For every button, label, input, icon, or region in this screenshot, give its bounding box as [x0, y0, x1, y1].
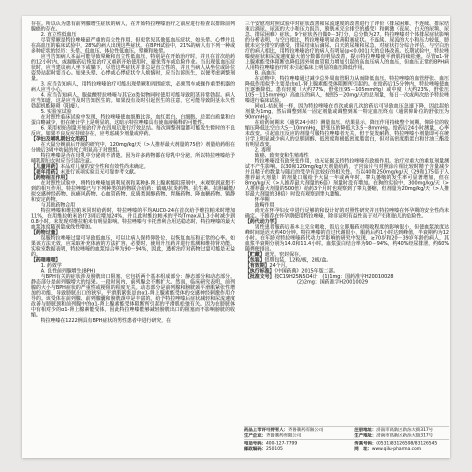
- leaflet-footer-inner: 药品上市许可持有人：齐鲁制药有限公司生产企业：齐鲁制药有限公司 注册地址：济南市…: [244, 426, 449, 453]
- leaflet-left-column: 存在。所以认为患有前列腺增生症状的病人，在开始特拉唑嗪治疗之前应进行检查以排除前…: [31, 21, 235, 460]
- paragraph: 在大鼠分娩前后开展的研究中，120mg/kg/天（>人推荐最大剂量的75倍）剂量…: [31, 142, 235, 153]
- paragraph: 3. 应当告知病人，用特拉唑嗪治疗可能出现晕厥和周围症状，必须驾车或操作重型机器…: [31, 82, 235, 93]
- leaflet-footer: 药品上市许可持有人：齐鲁制药有限公司生产企业：齐鲁制药有限公司 注册地址：济南市…: [244, 426, 449, 456]
- paragraph: 在对照性临床试验中发现，特拉唑嗪使血细胞比容、血红蛋白、白细胞、总蛋白质量和白蛋…: [31, 115, 235, 126]
- footer-field-value: www.qilu-pharma.com: [372, 446, 421, 451]
- footer-field-value: 齐鲁制药有限公司: [266, 433, 301, 438]
- paragraph: 男性患者服药后基本上完全吸收，饭后立即服药对吸收程度的影响很小，但使血浆浓度达峰…: [245, 225, 449, 253]
- paragraph: 特拉唑嗪和维拉帕米同时给药时，特拉唑嗪的平均AUC0-24在首次给予维拉帕米时增…: [31, 208, 235, 230]
- footer-field-value: 济南市高新区新泺大街317号: [376, 433, 433, 438]
- paragraph: 特拉唑嗪是否在母乳中分泌尚不清楚。因为许多药物都在母乳中分泌，所以特拉唑嗪给予哺…: [31, 153, 235, 164]
- footer-phone-block: 电话号码：400-127-7799邮政编码：250105: [244, 441, 346, 452]
- paragraph: 在对照性试验中，将特拉唑嗪加到利尿剂和某种β-肾上腺素能阻滞剂中，未观察到意想不…: [31, 181, 235, 203]
- footer-field: 网 址：www.qilu-pharma.com: [354, 446, 449, 451]
- footer-contact-row: 电话号码：400-127-7799邮政编码：250105 传真号码：(0531)…: [244, 440, 449, 454]
- footer-field-label: 传真号码：: [354, 441, 376, 446]
- instruction-leaflet-page: 存在。所以认为患有前列腺增生症状的病人，在开始特拉唑嗪治疗之前应进行检查以排除前…: [22, 16, 450, 458]
- paragraph: 误服特拉唑嗪过量可导致低血压，可以让病人保持仰卧位，以恢复血压和正常的心率。如果…: [31, 236, 235, 258]
- footer-holder-block: 药品上市许可持有人：齐鲁制药有限公司生产企业：齐鲁制药有限公司: [244, 428, 346, 439]
- paragraph: 在动物中，特拉唑嗪通过减少总外周血管阻力从而降低血压。特拉唑嗪的血管舒张、血压降…: [245, 76, 449, 104]
- footer-fax-web-block: 传真号码：(0531)83126598/83126545网 址：www.qilu…: [354, 441, 449, 452]
- paragraph: 与BPH有关的症状涉及膀胱出口阻塞，它包括两个基本组成部分：静态部分和动态部分。…: [31, 274, 235, 318]
- footer-field-label: 邮政编码：: [244, 446, 266, 451]
- paragraph: 存在。所以认为患有前列腺增生症状的病人，在开始特拉唑嗪治疗之前应进行检查以排除前…: [31, 21, 235, 32]
- paragraph: 特拉唑嗪没有致突变作用，也无证据支持特拉唑嗪有致癌作用。治疗对重大的重复剂量测试…: [245, 159, 449, 198]
- footer-field-value: 齐鲁制药有限公司: [288, 428, 323, 433]
- paragraph: (2)2mg：国药准字H20010029: [245, 280, 449, 286]
- paragraph: 三个安慰剂对照试验中对症状改善和尿流速度的改善进行了评价（排尿困难、不连续、排尿…: [245, 21, 449, 71]
- footer-field: 邮政编码：250105: [244, 446, 346, 451]
- footer-field-value: (0531)83126598/83126545: [376, 441, 437, 446]
- footer-field-value: 250105: [266, 446, 283, 451]
- footer-field-value: 400-127-7799: [266, 441, 297, 446]
- footer-field-label: 生产地址：: [354, 433, 376, 438]
- footer-field-label: 药品上市许可持有人：: [244, 428, 288, 433]
- footer-address-block: 注册地址：济南市高新区新泺大街317号生产地址：济南市高新区新泺大街317号: [354, 428, 449, 439]
- paragraph: 6. 采用初始剂量开始治疗并在四周后进行疗效总结。每次调整剂量都可能发生暂时的不…: [31, 126, 235, 137]
- paragraph: 4. 应当告知病人，服盐酸特拉唑嗪与其它α类似物同时使用可能导致阴茎异常勃起。病…: [31, 93, 235, 110]
- paragraph: 尽管晕厥是特拉唑嗪最严重的直立性作用，但更常见其他低血压症状，如头晕、心悸并且在…: [31, 38, 235, 55]
- paragraph: 同α1-拮抗剂一样，因为特拉唑嗪在首次或前几次给药后可导致血压急速下降，因此起始…: [245, 104, 449, 121]
- footer-field-value: 济南市高新区新泺大街317号: [376, 428, 433, 433]
- footer-field: 生产地址：济南市高新区新泺大街317号: [354, 433, 449, 438]
- leaflet-right-column: 三个安慰剂对照试验中对症状改善和尿流速度的改善进行了评价（排尿困难、不连续、排尿…: [245, 21, 449, 460]
- footer-field-label: 网 址：: [354, 446, 372, 451]
- paragraph: 应当告知病人本品可能导致晕厥和直立性低血压，特别是在开始治疗时，并且在首次给药的…: [31, 54, 235, 82]
- footer-field-label: 生产企业：: [244, 433, 266, 438]
- footer-field-label: 电话号码：: [244, 441, 266, 446]
- footer-field: 生产企业：齐鲁制药有限公司: [244, 433, 346, 438]
- paragraph: 尚无在怀孕妇女中进行足够的和设计好的对照性研究并且特拉唑嗪在怀孕期的安全性尚未确…: [245, 208, 449, 219]
- paragraph: 在给药间期末（通常24小时）测量血压，结果显示，降压作用持续整个间期。仰卧位的收…: [245, 120, 449, 148]
- footer-field-label: 注册地址：: [354, 428, 376, 433]
- paragraph: 特拉唑嗪在1222例具有BPH症状的男性患者中进行研究，在: [31, 318, 235, 324]
- screenshot-root: { "colors": { "surround": "#e9e8e6", "pa…: [0, 0, 472, 472]
- footer-company-row: 药品上市许可持有人：齐鲁制药有限公司生产企业：齐鲁制药有限公司 注册地址：济南市…: [244, 426, 449, 440]
